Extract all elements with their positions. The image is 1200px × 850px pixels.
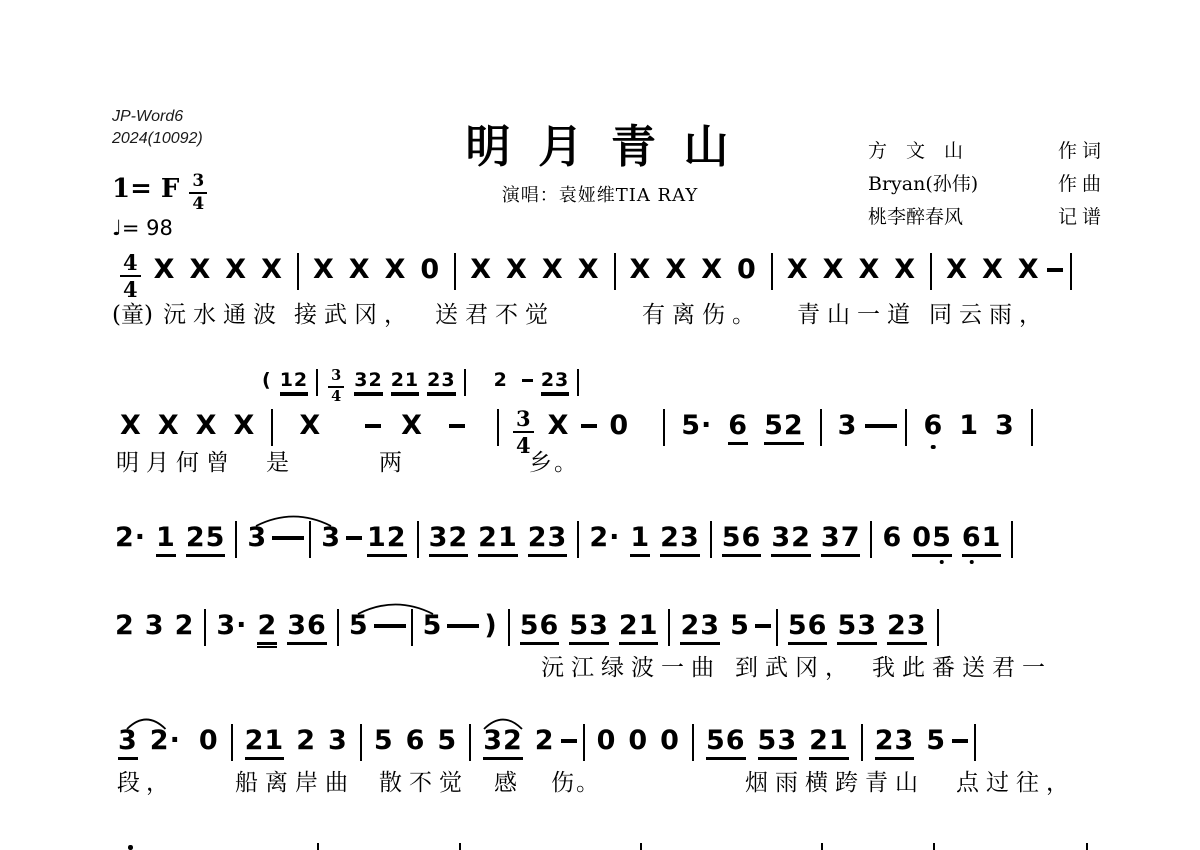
note: X — [982, 256, 1004, 286]
note: X — [196, 412, 218, 442]
barline — [271, 409, 273, 446]
dash-note — [390, 624, 406, 628]
note: 53 — [837, 612, 877, 645]
time-denominator: 4 — [123, 277, 138, 300]
note: 5 — [437, 727, 457, 757]
barline — [820, 409, 822, 446]
lyrics-segment: (童) — [112, 302, 153, 330]
barline — [692, 724, 694, 761]
lyrics-segment: 船离岸曲 — [235, 770, 355, 798]
lyrics-segment: 青山一道 — [797, 302, 917, 330]
lyrics-segment: 感 — [494, 770, 517, 798]
phrase-paren: ( — [262, 371, 272, 392]
note: 56 — [706, 727, 746, 760]
note: 6 — [923, 412, 943, 442]
note: X — [1018, 256, 1040, 286]
barline — [417, 521, 419, 558]
dash-note — [272, 536, 288, 540]
barline — [974, 724, 976, 761]
note: 32 — [483, 727, 523, 760]
note-char: 1 — [982, 522, 1002, 553]
note: X — [189, 256, 211, 286]
lyrics-segment: 两 — [379, 450, 402, 478]
note: 0 — [420, 256, 440, 286]
lyrics-segment: 到武冈， — [735, 655, 855, 683]
time-signature: 34 — [328, 369, 344, 404]
time-numerator: 4 — [120, 252, 141, 277]
barline — [464, 369, 466, 396]
tie-arc — [256, 517, 331, 527]
note: 3 — [145, 612, 165, 642]
note: X — [349, 256, 371, 286]
note: X — [313, 256, 335, 286]
partial-barline — [640, 843, 642, 850]
lyrics-segment: 有离伤。 — [642, 302, 762, 330]
note: 21 — [619, 612, 659, 645]
note: 5 — [926, 727, 946, 757]
partial-barline — [1086, 843, 1088, 850]
barline — [508, 609, 510, 646]
note: 21 — [478, 524, 518, 557]
note: 3 — [328, 727, 348, 757]
note: X — [261, 256, 283, 286]
lyrics-segment: 段， — [117, 770, 175, 798]
lyrics-segment: 散不觉 — [379, 770, 469, 798]
notation-line-1: 44XXXXXXX0XXXXXXX0XXXXXXX — [114, 256, 1079, 302]
note: X — [665, 256, 687, 286]
lyrics-segment: 送君不觉 — [435, 302, 555, 330]
note: 52 — [764, 412, 804, 445]
note: 56 — [520, 612, 560, 645]
barline — [235, 521, 237, 558]
note: 0 — [597, 727, 617, 757]
note: 53 — [569, 612, 609, 645]
barline — [583, 724, 585, 761]
note: 05 — [912, 524, 952, 557]
low-octave-note-char: 6 — [923, 410, 943, 441]
barline — [337, 609, 339, 646]
note: X — [787, 256, 809, 286]
barline — [1031, 409, 1033, 446]
note: 21 — [809, 727, 849, 760]
note: 5 — [374, 727, 394, 757]
barline — [937, 609, 939, 646]
barline — [360, 724, 362, 761]
time-denominator: 4 — [331, 388, 341, 405]
barline — [905, 409, 907, 446]
barline — [204, 609, 206, 646]
dash-note — [1047, 268, 1063, 272]
partial-barline — [821, 843, 823, 850]
dash-note — [447, 624, 463, 628]
partial-octave-dot — [128, 845, 133, 850]
note: 2 — [115, 612, 135, 642]
barline — [497, 409, 499, 446]
dash-note — [755, 624, 771, 628]
dash-note — [463, 624, 479, 628]
lyrics-segment: 同云雨， — [929, 302, 1049, 330]
note: 2· — [115, 524, 146, 554]
note: 1 — [959, 412, 979, 442]
time-signature: 44 — [120, 252, 141, 300]
note: 56 — [788, 612, 828, 645]
note: X — [946, 256, 968, 286]
note: X — [578, 256, 600, 286]
note: 6 — [728, 412, 748, 445]
note: 2 — [257, 612, 277, 645]
lyrics-segment: 我此番送君一 — [872, 655, 1052, 683]
note: 23 — [875, 727, 915, 760]
note: 36 — [287, 612, 327, 645]
lyrics-segment: 烟雨横跨青山 — [745, 770, 925, 798]
note: 3 — [118, 727, 138, 760]
dash-note — [374, 624, 390, 628]
note: 23 — [887, 612, 927, 645]
dash-note — [865, 424, 881, 428]
barline — [316, 369, 318, 396]
dash-note — [561, 739, 577, 743]
note: 23 — [680, 612, 720, 645]
barline — [454, 253, 456, 290]
note: 21 — [245, 727, 285, 760]
dash-note — [881, 424, 897, 428]
note-char: 0 — [912, 522, 932, 553]
pickup-notation-line: (1234322123223 — [258, 371, 583, 403]
note: X — [630, 256, 652, 286]
dash-note — [365, 424, 381, 428]
note: 0 — [737, 256, 757, 286]
note: X — [894, 256, 916, 286]
dash-note — [522, 379, 533, 382]
note: 3 — [995, 412, 1015, 442]
note: 1 — [156, 524, 176, 557]
note: X — [385, 256, 407, 286]
partial-barline — [459, 843, 461, 850]
barline — [577, 521, 579, 558]
dash-note — [581, 424, 597, 428]
note: X — [548, 412, 570, 442]
note: 5 — [730, 612, 750, 642]
note: 3 — [247, 524, 267, 554]
note: X — [823, 256, 845, 286]
note: X — [401, 412, 423, 442]
note: X — [470, 256, 492, 286]
barline — [870, 521, 872, 558]
note: 12 — [280, 371, 308, 394]
note: 23 — [528, 524, 568, 557]
note: 5· — [681, 412, 712, 442]
notation-line-4: 2·12533123221232·12356323760561 — [110, 524, 1018, 570]
dash-note — [449, 424, 465, 428]
note: X — [506, 256, 528, 286]
note: 2· — [589, 524, 620, 554]
lyrics-segment: 伤。 — [551, 770, 601, 798]
lyrics-segment: 是 — [266, 450, 289, 478]
note: 0 — [628, 727, 648, 757]
time-numerator: 3 — [328, 369, 344, 388]
time-numerator: 3 — [513, 408, 534, 433]
note: 37 — [821, 524, 861, 557]
lyrics-segment: 沅水通波 — [163, 302, 283, 330]
low-octave-note-char: 5 — [932, 522, 952, 553]
note: 0 — [660, 727, 680, 757]
barline — [663, 409, 665, 446]
note: 32 — [429, 524, 469, 557]
note: 3 — [321, 524, 341, 554]
note: 3· — [216, 612, 247, 642]
note: X — [542, 256, 564, 286]
barline — [930, 253, 932, 290]
barline — [668, 609, 670, 646]
note: 23 — [427, 371, 455, 394]
dash-note — [952, 739, 968, 743]
lyrics-segment: 接武冈， — [294, 302, 414, 330]
barline — [577, 369, 579, 396]
low-octave-note-char: 6 — [962, 522, 982, 553]
note: X — [233, 412, 255, 442]
note: 0 — [199, 727, 219, 757]
note: 6 — [882, 524, 902, 554]
notation-line-6: 32·02123565322000565321235 — [112, 727, 982, 773]
note: 2· — [150, 727, 181, 757]
note: 61 — [962, 524, 1002, 557]
lyrics-segment: 点过往， — [956, 770, 1076, 798]
note: 1 — [630, 524, 650, 557]
partial-barline — [317, 843, 319, 850]
barline — [411, 609, 413, 646]
note: 3 — [838, 412, 858, 442]
note: X — [225, 256, 247, 286]
barline — [469, 724, 471, 761]
barline — [309, 521, 311, 558]
note: 23 — [541, 371, 569, 394]
time-signature: 34 — [513, 408, 534, 456]
note: X — [858, 256, 880, 286]
sheet-music-page: JP-Word6 2024(10092) 明 月 青 山 演唱：袁娅维TIA R… — [0, 0, 1200, 850]
note: 5 — [349, 612, 369, 642]
barline — [710, 521, 712, 558]
notation-line-5: 2323·23655)565321235565323 — [110, 612, 944, 658]
dash-note — [346, 536, 362, 540]
barline — [1070, 253, 1072, 290]
note: 21 — [391, 371, 419, 394]
note: 2 — [535, 727, 555, 757]
barline — [1011, 521, 1013, 558]
note: 12 — [367, 524, 407, 557]
note: X — [158, 412, 180, 442]
note: X — [299, 412, 321, 442]
dash-note — [288, 536, 304, 540]
note: 2 — [494, 371, 508, 392]
barline — [231, 724, 233, 761]
note: 25 — [186, 524, 226, 557]
note: X — [120, 412, 142, 442]
barline — [776, 609, 778, 646]
lyrics-segment: 沅江绿波一曲 — [541, 655, 721, 683]
note: 2 — [296, 727, 316, 757]
phrase-paren: ) — [484, 612, 497, 642]
note: 0 — [609, 412, 629, 442]
note: 32 — [771, 524, 811, 557]
partial-barline — [933, 843, 935, 850]
note: 2 — [175, 612, 195, 642]
note: X — [154, 256, 176, 286]
barline — [771, 253, 773, 290]
note: 6 — [406, 727, 426, 757]
barline — [297, 253, 299, 290]
note: 5 — [423, 612, 443, 642]
note: 23 — [660, 524, 700, 557]
lyrics-segment: 乡。 — [529, 450, 579, 478]
barline — [614, 253, 616, 290]
barline — [861, 724, 863, 761]
note: 56 — [722, 524, 762, 557]
lyrics-segment: 明月何曾 — [116, 450, 236, 478]
note: X — [701, 256, 723, 286]
note: 32 — [354, 371, 382, 394]
note: 53 — [758, 727, 798, 760]
notation-area: 44XXXXXXX0XXXXXXX0XXXXXXX(童)沅水通波接武冈，送君不觉… — [0, 0, 1200, 850]
